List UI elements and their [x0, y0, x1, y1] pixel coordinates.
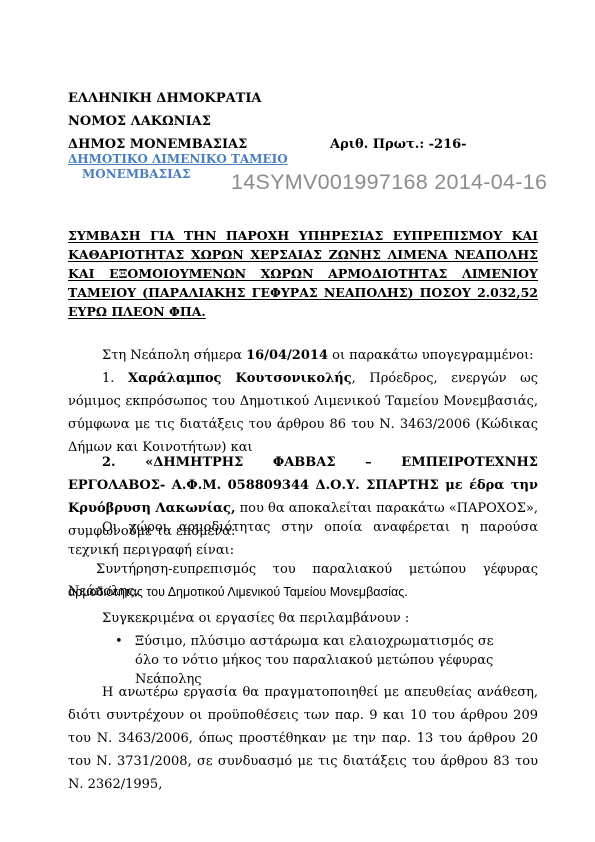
party1-name: Χαράλαμπος Κουτσονικολής — [128, 371, 352, 386]
paragraph-scope: Οι χώροι αρμοδιότητας στην οποία αναφέρε… — [68, 516, 538, 562]
port-fund-name-line2: ΜΟΝΕΜΒΑΣΙΑΣ — [68, 167, 368, 182]
paragraph-intro: Στη Νεάπολη σήμερα 16/04/2014 οι παρακάτ… — [68, 344, 538, 367]
contract-title: ΣΥΜΒΑΣΗ ΓΙΑ ΤΗΝ ΠΑΡΟΧΗ ΥΠΗΡΕΣΙΑΣ ΕΥΠΡΕΠΙ… — [68, 226, 538, 321]
document-header: ΕΛΛΗΝΙΚΗ ΔΗΜΟΚΡΑΤΙΑ ΝΟΜΟΣ ΛΑΚΩΝΙΑΣ ΔΗΜΟΣ… — [68, 87, 538, 156]
paragraph-party1: 1. Χαράλαμπος Κουτσονικολής, Πρόεδρος, ε… — [68, 367, 538, 459]
paragraph-assignment: Η ανωτέρω εργασία θα πραγματοποιηθεί με … — [68, 681, 538, 796]
document-page: 14SYMV001997168 2014-04-16 ΕΛΛΗΝΙΚΗ ΔΗΜΟ… — [0, 0, 595, 842]
contract-date: 16/04/2014 — [246, 348, 328, 363]
header-republic: ΕΛΛΗΝΙΚΗ ΔΗΜΟΚΡΑΤΙΑ — [68, 87, 538, 110]
port-fund-name: ΔΗΜΟΤΙΚΟ ΛΙΜΕΝΙΚΟ ΤΑΜΕΙΟ ΜΟΝΕΜΒΑΣΙΑΣ — [68, 152, 368, 182]
paragraph-works-intro: Συγκεκριμένα οι εργασίες θα περιλαμβάνου… — [68, 607, 538, 630]
port-fund-name-line1: ΔΗΜΟΤΙΚΟ ΛΙΜΕΝΙΚΟ ΤΑΜΕΙΟ — [68, 152, 368, 167]
paragraph-maintenance-line2: αρμοδιότητας του Δημοτικού Λιμενικού Ταμ… — [68, 581, 538, 603]
header-prefecture: ΝΟΜΟΣ ΛΑΚΩΝΙΑΣ — [68, 110, 538, 133]
party2-number: 2. — [102, 455, 145, 470]
intro-pre: Στη Νεάπολη σήμερα — [102, 348, 246, 363]
header-municipality: ΔΗΜΟΣ ΜΟΝΕΜΒΑΣΙΑΣ — [68, 137, 247, 152]
intro-post: οι παρακάτω υπογεγραμμένοι: — [328, 348, 534, 363]
party1-number: 1. — [102, 371, 128, 386]
